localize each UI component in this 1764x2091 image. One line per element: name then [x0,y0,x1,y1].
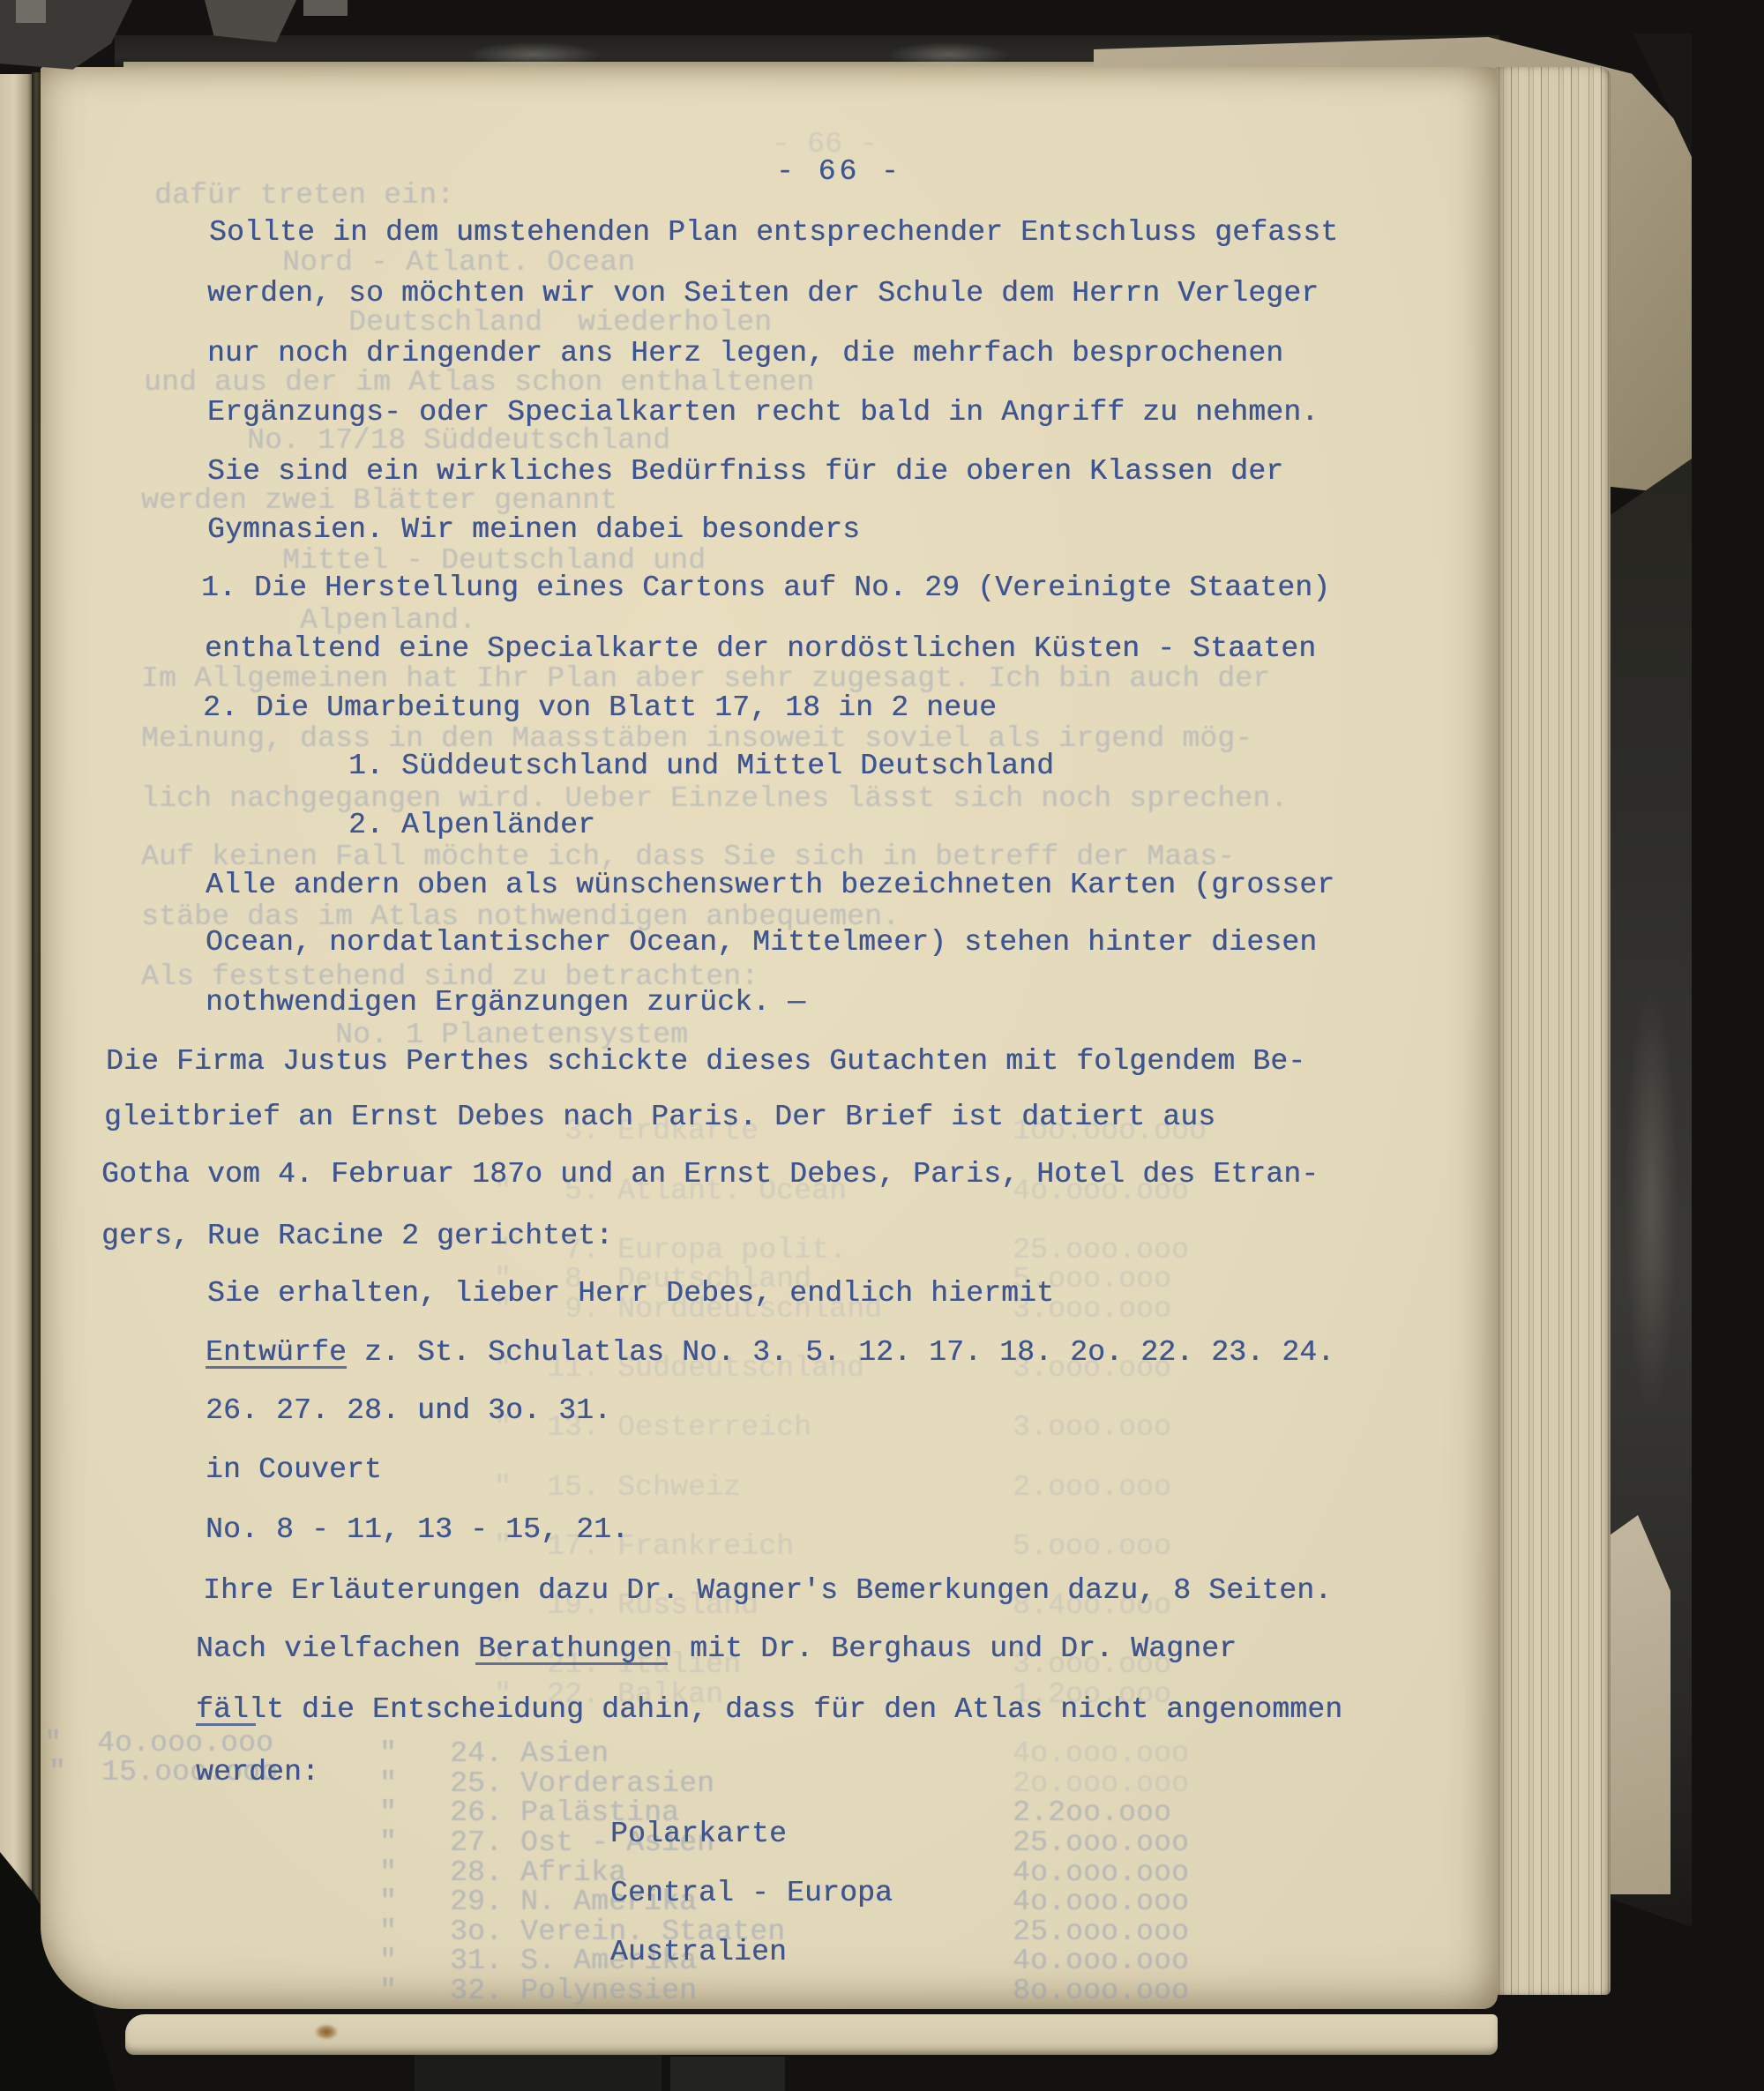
bleed-through-line: " 4o.ooo.ooo [44,1729,273,1759]
previous-page-edge [0,74,32,1988]
typed-line: Nach vielfachen Berathungen mit Dr. Berg… [196,1634,1237,1664]
typed-line: Gotha vom 4. Februar 187o und an Ernst D… [101,1160,1319,1190]
typed-line: Die Firma Justus Perthes schickte dieses… [106,1047,1305,1077]
bleed-through-line: " 24. Asien [379,1739,609,1769]
page-number: - 66 - [776,157,902,187]
typed-line: gers, Rue Racine 2 gerichtet: [101,1221,613,1251]
bleed-through-line: Auf keinen Fall möchte ich, dass Sie sic… [141,842,1235,872]
underline-mark [475,1662,668,1665]
typed-line: nothwendigen Ergänzungen zurück. — [206,988,805,1018]
bottom-shadow-shape [670,2057,785,2091]
typed-line: enthaltend eine Specialkarte der nordöst… [205,634,1316,664]
typed-line: Sie erhalten, lieber Herr Debes, endlich… [207,1279,1054,1309]
bleed-through-line: 8o.ooo.ooo [1013,1976,1189,2006]
bleed-through-line: 25.ooo.ooo [1013,1236,1189,1266]
paper-stain [310,2021,342,2042]
bleed-through-line: Nord - Atlant. Ocean [282,248,635,278]
bleed-through-line: " 25. Vorderasien [379,1769,714,1799]
bleed-through-line: Deutschland wiederholen [348,308,772,338]
bleed-through-line: dafür treten ein: [154,181,454,211]
bleed-through-line: 25.ooo.ooo [1013,1828,1189,1858]
typed-line: fällt die Entscheidung dahin, dass für d… [196,1695,1342,1725]
typed-line: 1. Die Herstellung eines Cartons auf No.… [201,573,1330,603]
bleed-through-line: 4o.ooo.ooo [1013,1739,1189,1769]
typed-line: Central - Europa [610,1878,893,1908]
bleed-through-line: 25.ooo.ooo [1013,1917,1189,1947]
typed-line: Ocean, nordatlantischer Ocean, Mittelmee… [206,928,1317,958]
typed-line: 1. Süddeutschland und Mittel Deutschland [348,751,1054,781]
typed-line: Ihre Erläuterungen dazu Dr. Wagner's Bem… [203,1576,1332,1606]
book-scan: - 66 - dafür treten ein:Nord - Atlant. O… [0,0,1764,2091]
typed-line: Sie sind ein wirkliches Bedürfniss für d… [207,457,1283,487]
typed-line: Entwürfe z. St. Schulatlas No. 3. 5. 12.… [206,1338,1334,1368]
typed-line: 2. Die Umarbeitung von Blatt 17, 18 in 2… [203,693,997,723]
bleed-through-line: " 32. Polynesien [379,1976,697,2006]
typed-line: No. 8 - 11, 13 - 15, 21. [206,1515,629,1545]
typed-line: Gymnasien. Wir meinen dabei besonders [207,515,860,545]
page-edge-stack [1494,67,1611,1995]
typed-line: werden, so möchten wir von Seiten der Sc… [207,279,1319,309]
bleed-through-line: Im Allgemeinen hat Ihr Plan aber sehr zu… [141,664,1270,694]
scanner-clamp [16,0,46,23]
typed-line: in Couvert [206,1455,382,1485]
typed-line: nur noch dringender ans Herz legen, die … [207,339,1283,369]
typed-line: Australien [610,1938,787,1968]
typed-line: Sollte in dem umstehenden Plan entsprech… [209,218,1338,248]
typed-line: Alle andern oben als wünschenswerth beze… [206,870,1334,900]
cover-wear-patch [1616,917,1686,1482]
bleed-through-line: Alpenland. [300,606,476,636]
typed-line: werden: [196,1758,319,1788]
typed-line: Polarkarte [610,1819,787,1849]
bleed-through-line: 5.ooo.ooo [1013,1532,1171,1562]
bleed-through-line: und aus der im Atlas schon enthaltenen [144,368,814,398]
bleed-through-line: 3.ooo.ooo [1013,1413,1171,1443]
bleed-through-line: 4o.ooo.ooo [1013,1946,1189,1976]
bleed-through-line: 2o.ooo.ooo [1013,1769,1189,1799]
typed-line: 2. Alpenländer [348,810,595,840]
bleed-through-line: 4o.ooo.ooo [1013,1887,1189,1917]
bleed-through-line: 2.ooo.ooo [1013,1473,1171,1503]
bleed-through-line: lich nachgegangen wird. Ueber Einzelnes … [141,784,1288,814]
typed-line: gleitbrief an Ernst Debes nach Paris. De… [104,1102,1215,1132]
bleed-through-line: No. 17/18 Süddeutschland [247,426,670,456]
underline-mark [196,1723,256,1726]
scanner-clamp [303,0,348,16]
bleed-through-line: 4o.ooo.ooo [1013,1858,1189,1888]
underline-mark [206,1366,347,1369]
bleed-through-line: 2.2oo.ooo [1013,1798,1171,1828]
bleed-through-line: " 15. Schweiz [494,1473,741,1503]
typed-line: 26. 27. 28. und 3o. 31. [206,1396,611,1426]
typed-line: Ergänzungs- oder Specialkarten recht bal… [207,398,1319,428]
bleed-through-line: " 28. Afrika [379,1858,626,1888]
bleed-through-line: werden zwei Blätter genannt [141,486,617,516]
